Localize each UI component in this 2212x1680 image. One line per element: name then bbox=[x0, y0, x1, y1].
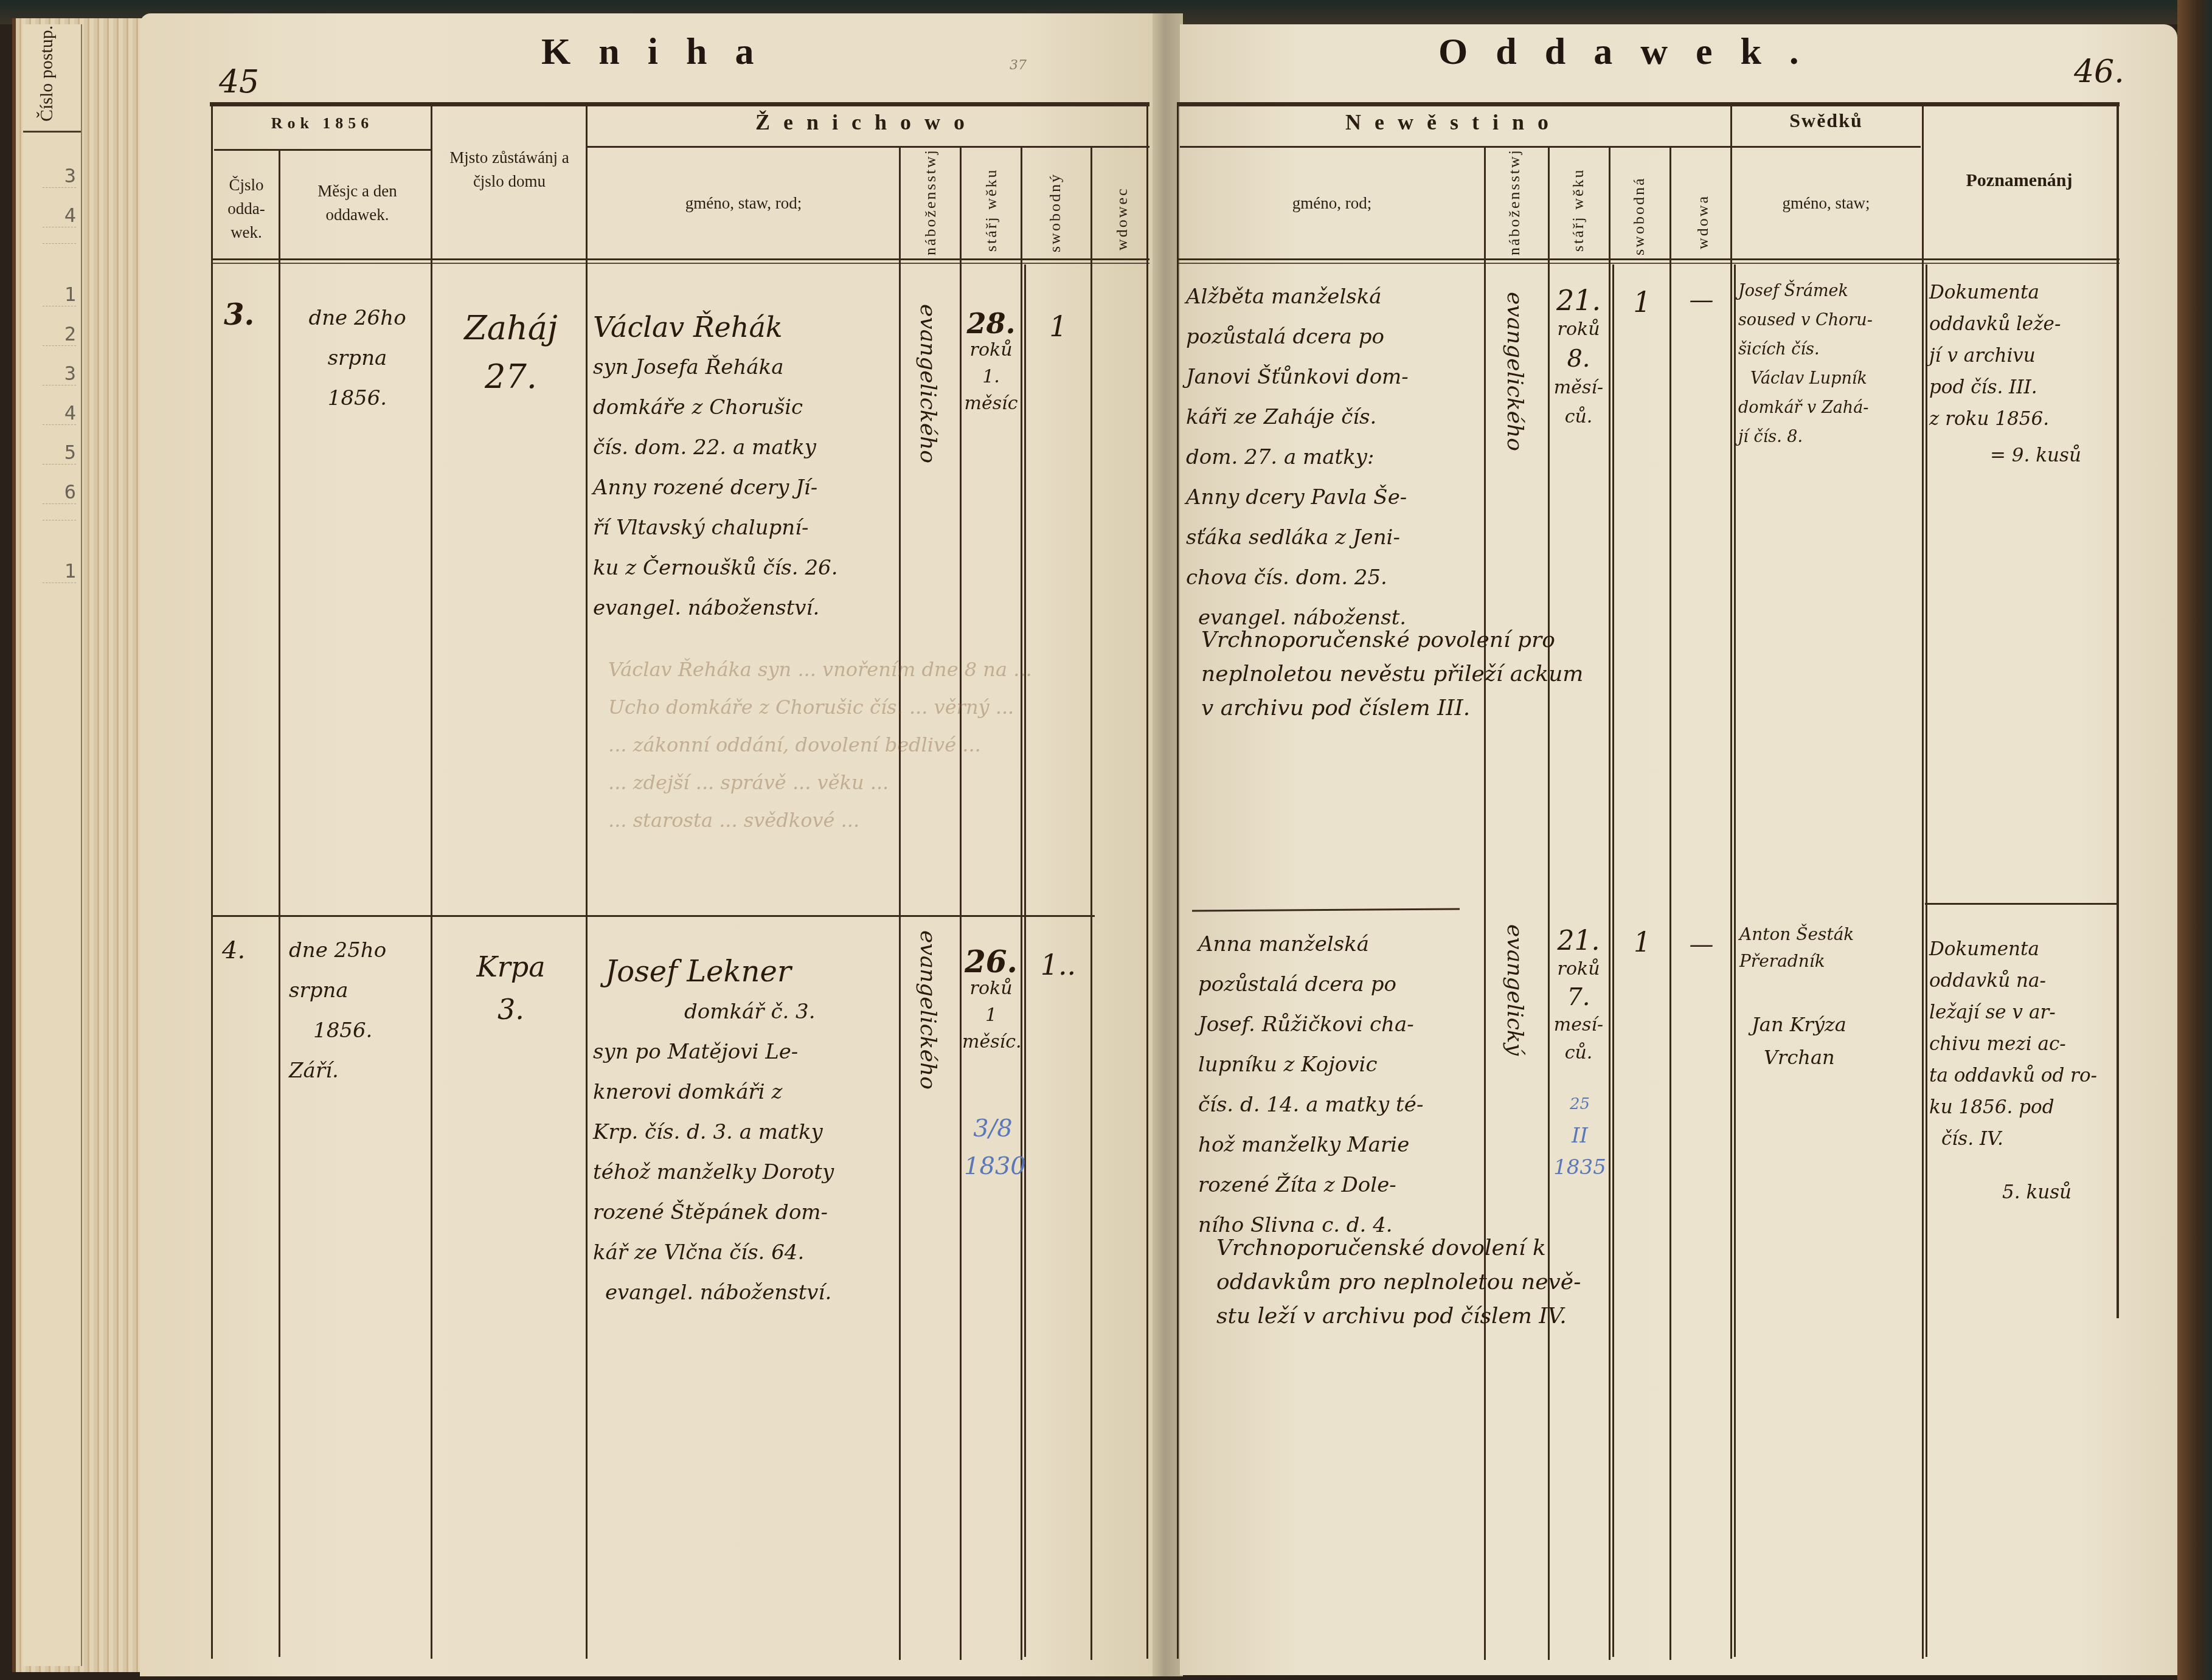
bride-religion: evangelického bbox=[1502, 292, 1527, 499]
bride-line: Anna manželská bbox=[1198, 924, 1484, 964]
groom-line: Josef Lekner bbox=[593, 952, 900, 992]
date-line: srpna bbox=[289, 970, 435, 1011]
col-header-remarks: Poznamenánj bbox=[1925, 167, 2113, 194]
ink-bleed-through: Václav Řeháka syn ... vnořením dne 8 na … bbox=[608, 651, 1143, 839]
right-page bbox=[1180, 24, 2177, 1675]
margin-number: 5 bbox=[43, 441, 76, 465]
birth-note-line: 1835 bbox=[1551, 1152, 1609, 1183]
bride-widow-mark: — bbox=[1673, 286, 1730, 314]
groom-religion: evangelického bbox=[915, 304, 940, 535]
bride-line: káři ze Zaháje čís. bbox=[1186, 397, 1484, 437]
bride-line: pozůstalá dcera po bbox=[1186, 317, 1484, 357]
age-line: 21. bbox=[1550, 927, 1607, 955]
col-header-date: Měsjc a den oddawek. bbox=[286, 179, 429, 227]
col-divider bbox=[960, 146, 962, 1660]
remarks-line: pod čís. III. bbox=[1929, 372, 2115, 403]
col-header-bride-single: swobodná bbox=[1630, 176, 1648, 255]
residence-line: Zaháj bbox=[438, 304, 584, 353]
witness-line: Přeradník bbox=[1739, 948, 1922, 975]
witness-line: Jan Krýza bbox=[1739, 975, 1922, 1038]
age-line: 7. bbox=[1550, 983, 1607, 1011]
margin-number: 3 bbox=[43, 362, 76, 385]
remarks-line: Dokumenta bbox=[1929, 933, 2115, 965]
col-header-groom-widower: wdowec bbox=[1113, 182, 1131, 255]
bride-line: Janovi Šťůnkovi dom- bbox=[1186, 357, 1484, 397]
remarks-line: čís. IV. bbox=[1929, 1123, 2115, 1155]
groom-birthdate-pencil: 3/8 1830 bbox=[964, 1110, 1022, 1185]
margin-number: 3 bbox=[43, 164, 76, 188]
groom-age: 28. roků 1. měsíc bbox=[962, 310, 1020, 417]
date-line: srpna bbox=[286, 338, 429, 378]
page-number-right: 46. bbox=[2074, 54, 2124, 90]
bride-age: 21. roků 8. měsí- ců. bbox=[1550, 286, 1607, 432]
date-line: dne 26ho bbox=[286, 298, 429, 338]
col-header-bride-religion: nábožensstwj bbox=[1505, 158, 1524, 255]
bride-line: Anny dcery Pavla Še- bbox=[1186, 477, 1484, 517]
year-rule bbox=[214, 149, 432, 151]
witness-line: jí čís. 8. bbox=[1738, 423, 1921, 452]
remarks-line: ta oddavků od ro- bbox=[1929, 1060, 2115, 1091]
note-line: oddavkům pro neplnoletou nevě- bbox=[1216, 1265, 1825, 1299]
age-line: roků bbox=[1550, 315, 1607, 344]
witness-group-rule bbox=[1732, 146, 1921, 148]
bride-line: chova čís. dom. 25. bbox=[1186, 558, 1484, 598]
groom-group-rule bbox=[587, 146, 1149, 148]
entry-date: dne 26ho srpna 1856. bbox=[286, 298, 429, 418]
residence-line: Krpa bbox=[438, 945, 584, 988]
groom-line: čís. dom. 22. a matky bbox=[593, 427, 900, 468]
note-line: Vrchnoporučenské povolení pro bbox=[1201, 623, 1809, 657]
margin-number: 2 bbox=[43, 322, 76, 346]
margin-index-tab bbox=[23, 24, 82, 1666]
margin-number bbox=[43, 520, 76, 520]
bride-line: lupníku z Kojovic bbox=[1198, 1045, 1484, 1085]
col-header-bride-age: stářj wěku bbox=[1569, 164, 1587, 255]
col-divider bbox=[1090, 146, 1092, 1660]
note-line: neplnoletou nevěstu přileží ackum bbox=[1201, 657, 1809, 691]
table-top-rule bbox=[1177, 102, 2120, 106]
bride-single-mark: 1 bbox=[1615, 286, 1669, 319]
col-divider bbox=[586, 102, 588, 1659]
entry-separator bbox=[213, 915, 1095, 917]
note-line: Vrchnoporučenské dovolení k bbox=[1216, 1231, 1825, 1265]
witness-line: domkář v Zahá- bbox=[1738, 393, 1921, 423]
remarks-line: = 9. kusů bbox=[1929, 435, 2115, 471]
remarks-line: oddavků leže- bbox=[1929, 308, 2115, 340]
bride-widow-mark: — bbox=[1673, 930, 1730, 958]
groom-line: evangel. náboženství. bbox=[593, 1273, 900, 1313]
date-line: dne 25ho bbox=[289, 930, 435, 970]
bride-line: Alžběta manželská bbox=[1186, 277, 1484, 317]
col-divider bbox=[1669, 146, 1671, 1660]
bride-line: hož manželky Marie bbox=[1198, 1125, 1484, 1165]
margin-index-label: Číslo postup. bbox=[36, 26, 57, 122]
margin-number: 6 bbox=[43, 480, 76, 504]
col-divider bbox=[1609, 146, 1610, 1660]
age-line: 26. bbox=[962, 949, 1020, 975]
witness-line: Václav Lupník bbox=[1738, 364, 1921, 393]
witness-line: Josef Šrámek bbox=[1738, 277, 1921, 306]
col-divider bbox=[1484, 146, 1486, 1660]
entry-note: Vrchnoporučenské dovolení k oddavkům pro… bbox=[1216, 1231, 1825, 1333]
witness-line: šicích čís. bbox=[1738, 335, 1921, 364]
margin-number: 4 bbox=[43, 401, 76, 425]
bride-birthdate-pencil: 25 II 1835 bbox=[1551, 1088, 1609, 1183]
margin-number: 1 bbox=[43, 283, 76, 306]
entry-number: 4. bbox=[222, 936, 245, 964]
remarks-line: ležají se v ar- bbox=[1929, 997, 2115, 1028]
birth-note-line: 1830 bbox=[964, 1147, 1022, 1185]
residence-line: 27. bbox=[438, 353, 584, 401]
table-left-border bbox=[211, 102, 213, 1659]
age-line: 8. bbox=[1550, 344, 1607, 373]
groom-line: rozené Štěpánek dom- bbox=[593, 1192, 900, 1232]
entry-number: 3. bbox=[224, 298, 254, 332]
bride-group-header: Newěstino bbox=[1180, 109, 1727, 135]
groom-line: syn Josefa Řeháka bbox=[593, 347, 900, 387]
col-divider bbox=[431, 102, 432, 1659]
witness-line: Vrchan bbox=[1739, 1038, 1922, 1071]
bride-line: sťáka sedláka z Jeni- bbox=[1186, 517, 1484, 558]
col-header-groom-single: swobodný bbox=[1046, 170, 1064, 255]
residence-line: 3. bbox=[438, 988, 584, 1031]
col-header-groom-age: stářj wěku bbox=[982, 164, 1000, 255]
groom-religion: evangelického bbox=[915, 930, 940, 1161]
witness-group-header: Swědků bbox=[1730, 109, 1922, 132]
age-line: ců. bbox=[1550, 403, 1607, 432]
witness-line: soused v Choru- bbox=[1738, 306, 1921, 335]
book-title-left: Kniha bbox=[541, 30, 782, 74]
birth-note-line: 3/8 bbox=[964, 1110, 1022, 1147]
table-top-rule bbox=[210, 102, 1149, 106]
table-right-border bbox=[2117, 102, 2119, 1318]
table-right-border bbox=[1146, 102, 1148, 1659]
groom-line: ku z Černoušků čís. 26. bbox=[593, 548, 900, 588]
remarks-cell: Dokumenta oddavků na- ležají se v ar- ch… bbox=[1929, 933, 2115, 1208]
bride-group-rule bbox=[1180, 146, 1730, 148]
age-line: roků bbox=[962, 337, 1020, 364]
book-title-right: Oddawek. bbox=[1438, 30, 1826, 74]
groom-line: syn po Matějovi Le- bbox=[593, 1032, 900, 1072]
remarks-line: jí v archivu bbox=[1929, 340, 2115, 372]
col-divider bbox=[1024, 264, 1026, 1657]
groom-line: kář ze Vlčna čís. 64. bbox=[593, 1232, 900, 1273]
header-bottom-rule bbox=[213, 258, 1149, 264]
note-line: stu leží v archivu pod číslem IV. bbox=[1216, 1299, 1825, 1333]
bride-religion: evangelický bbox=[1502, 924, 1527, 1131]
margin-number bbox=[43, 243, 76, 244]
birth-note-line: 25 bbox=[1551, 1088, 1609, 1120]
bride-single-mark: 1 bbox=[1615, 927, 1669, 958]
remarks-line: Dokumenta bbox=[1929, 277, 2115, 308]
remarks-line: chivu mezi ac- bbox=[1929, 1028, 2115, 1060]
pencil-mark: 37 bbox=[1010, 58, 1027, 73]
age-line: 1 bbox=[962, 1002, 1020, 1029]
groom-line: domkáře z Chorušic bbox=[593, 387, 900, 427]
book-cover-right bbox=[2177, 0, 2212, 1680]
header-bottom-rule bbox=[1177, 258, 2120, 264]
table-left-border bbox=[1177, 102, 1179, 1659]
col-header-bride-widow: wdowa bbox=[1694, 188, 1712, 255]
col-header-groom-name: gméno, staw, rod; bbox=[590, 192, 897, 215]
groom-line: evangel. náboženství. bbox=[593, 588, 900, 628]
remarks-line: oddavků na- bbox=[1929, 965, 2115, 997]
age-line: 1. bbox=[962, 364, 1020, 390]
entry-separator bbox=[1925, 903, 2117, 905]
age-line: mesí- bbox=[1550, 1011, 1607, 1039]
date-line: 1856. bbox=[289, 1011, 435, 1051]
margin-number: 1 bbox=[43, 559, 76, 583]
groom-name-cell: Václav Řehák syn Josefa Řeháka domkáře z… bbox=[593, 307, 900, 628]
remarks-cell: Dokumenta oddavků leže- jí v archivu pod… bbox=[1929, 277, 2115, 471]
groom-line: ří Vltavský chalupní- bbox=[593, 508, 900, 548]
col-header-residence: Mjsto zůstáwánj a čjslo domu bbox=[435, 146, 584, 193]
margin-index-header: Číslo postup. bbox=[23, 24, 81, 133]
entry-residence: Zaháj 27. bbox=[438, 304, 584, 401]
date-line: 1856. bbox=[286, 378, 429, 418]
groom-single-mark: 1.. bbox=[1028, 949, 1089, 981]
page-number-left: 45 bbox=[219, 64, 259, 100]
groom-line: Anny rozené dcery Jí- bbox=[593, 468, 900, 508]
date-line: Září. bbox=[289, 1051, 435, 1091]
col-divider bbox=[279, 149, 280, 1657]
age-line: roků bbox=[1550, 955, 1607, 983]
entry-residence: Krpa 3. bbox=[438, 945, 584, 1031]
witness-cell: Anton Šesták Přeradník Jan Krýza Vrchan bbox=[1739, 921, 1922, 1071]
groom-age: 26. roků 1 měsíc. bbox=[962, 949, 1020, 1056]
witness-cell: Josef Šrámek soused v Choru- šicích čís.… bbox=[1738, 277, 1921, 452]
year-label: Rok 1856 bbox=[213, 114, 432, 133]
remarks-line: ku 1856. pod bbox=[1929, 1091, 2115, 1123]
col-header-bride-name: gméno, rod; bbox=[1180, 192, 1484, 215]
bride-age: 21. roků 7. mesí- ců. bbox=[1550, 927, 1607, 1067]
col-header-groom-religion: nábožensstwj bbox=[921, 158, 940, 255]
age-line: roků bbox=[962, 975, 1020, 1002]
col-divider bbox=[1734, 264, 1736, 1657]
remarks-line: 5. kusů bbox=[1929, 1155, 2115, 1208]
bride-line: dom. 27. a matky: bbox=[1186, 437, 1484, 477]
age-line: měsí- bbox=[1550, 373, 1607, 403]
bride-name-cell: Alžběta manželská pozůstalá dcera po Jan… bbox=[1186, 277, 1484, 638]
bride-line: Josef. Růžičkovi cha- bbox=[1198, 1004, 1484, 1045]
groom-line: knerovi domkáři z bbox=[593, 1072, 900, 1112]
birth-note-line: II bbox=[1551, 1120, 1609, 1152]
groom-name-cell: Josef Lekner domkář č. 3. syn po Matějov… bbox=[593, 952, 900, 1313]
bride-name-cell: Anna manželská pozůstalá dcera po Josef.… bbox=[1198, 924, 1484, 1245]
col-divider bbox=[1021, 146, 1022, 1660]
remarks-line: z roku 1856. bbox=[1929, 403, 2115, 435]
col-header-witness-name: gméno, staw; bbox=[1733, 192, 1919, 215]
age-line: 21. bbox=[1550, 286, 1607, 315]
col-divider bbox=[1926, 264, 1927, 1657]
col-divider bbox=[1922, 102, 1924, 1659]
groom-line: Václav Řehák bbox=[593, 307, 900, 347]
groom-line: domkář č. 3. bbox=[593, 992, 900, 1032]
note-line: v archivu pod číslem III. bbox=[1201, 691, 1809, 725]
groom-group-header: Ženichowo bbox=[587, 109, 1146, 135]
groom-line: téhož manželky Doroty bbox=[593, 1152, 900, 1192]
col-header-number: Čjslo odda-wek. bbox=[213, 173, 280, 244]
entry-note: Vrchnoporučenské povolení pro neplnoleto… bbox=[1201, 623, 1809, 725]
entry-date: dne 25ho srpna 1856. Září. bbox=[283, 930, 435, 1091]
age-line: ců. bbox=[1550, 1039, 1607, 1067]
age-line: měsíc bbox=[962, 390, 1020, 417]
witness-line: Anton Šesták bbox=[1739, 921, 1922, 948]
bride-line: rozené Žíta z Dole- bbox=[1198, 1165, 1484, 1205]
col-divider bbox=[1730, 102, 1732, 1659]
bride-line: čís. d. 14. a matky té- bbox=[1198, 1085, 1484, 1125]
age-line: měsíc. bbox=[962, 1029, 1020, 1056]
margin-number: 4 bbox=[43, 204, 76, 227]
age-line: 28. bbox=[962, 310, 1020, 337]
groom-line: Krp. čís. d. 3. a matky bbox=[593, 1112, 900, 1152]
col-divider bbox=[1612, 264, 1614, 1657]
groom-single-mark: 1 bbox=[1028, 310, 1089, 343]
bride-line: pozůstalá dcera po bbox=[1198, 964, 1484, 1004]
